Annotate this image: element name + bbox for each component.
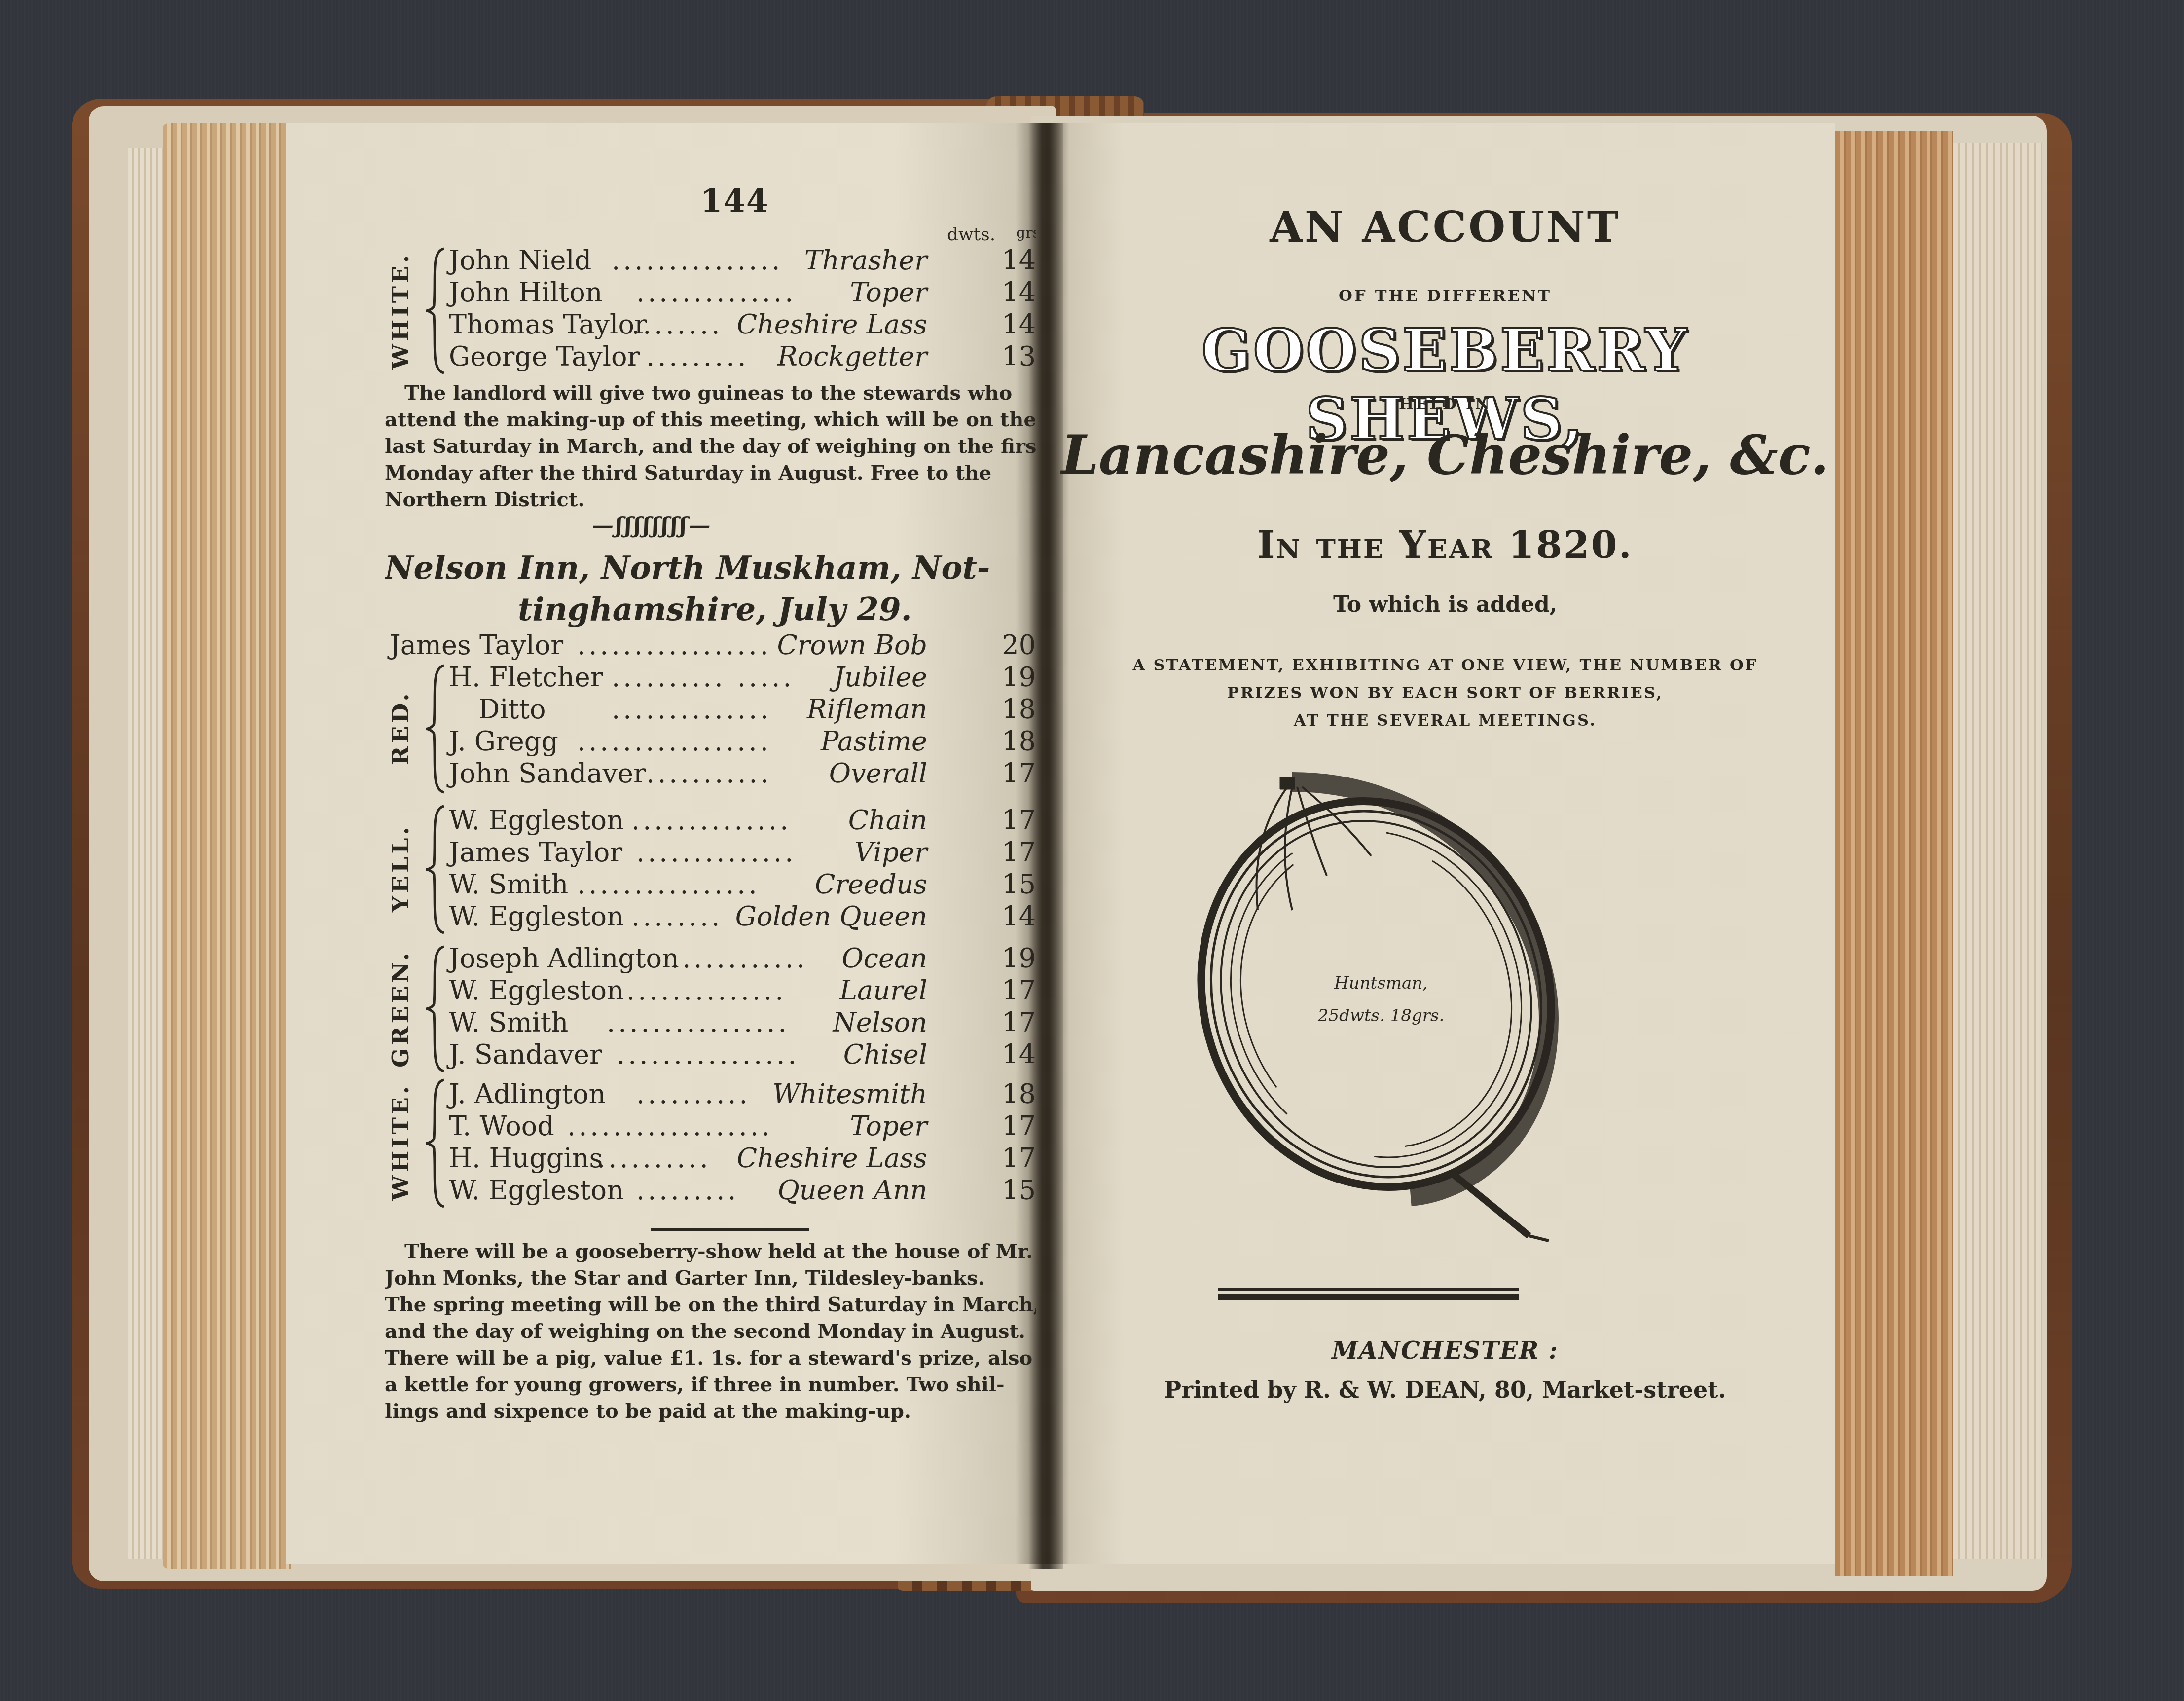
entry-row: W. Smith ................ Nelson 17 1 bbox=[449, 1006, 1036, 1039]
entry-row: W. Eggleston ......... Queen Ann 15 10 bbox=[449, 1174, 1036, 1207]
left-page-content: 144 dwts. grs. WHITE. John Nield .......… bbox=[385, 168, 1036, 1450]
page-edges-left bbox=[163, 123, 291, 1569]
grower-name: John Hilton bbox=[449, 276, 603, 309]
grower-name: Ditto bbox=[478, 693, 546, 726]
notice-paragraph-1: The landlord will give two guineas to th… bbox=[385, 380, 1036, 513]
category-label-white: WHITE. bbox=[387, 1075, 422, 1209]
divider-rule bbox=[651, 1228, 809, 1231]
entry-row: Joseph Adlington ............ Ocean 19 0 bbox=[449, 942, 1036, 975]
grower-name: Joseph Adlington bbox=[449, 942, 679, 975]
page-number: 144 bbox=[700, 183, 769, 220]
variety-name: Crown Bob bbox=[777, 629, 927, 662]
premier-entry-row: James Taylor ................. Crown Bob… bbox=[390, 629, 1036, 662]
grower-name: James Taylor bbox=[449, 836, 622, 869]
variety-name: Nelson bbox=[833, 1006, 927, 1039]
brace-icon bbox=[424, 1078, 447, 1209]
illustration-caption: Huntsman, 25dwts. 18grs. bbox=[1302, 967, 1460, 1032]
entry-row: T. Wood .................. Toper 17 5 bbox=[449, 1110, 1036, 1143]
entry-row: J. Sandaver ................ Chisel 14 1… bbox=[449, 1038, 1036, 1071]
grower-name: J. Sandaver bbox=[449, 1038, 602, 1071]
category-label-green: GREEN. bbox=[387, 945, 422, 1073]
entry-row: W. Eggleston .............. Chain 17 19 bbox=[449, 804, 1036, 837]
grower-name: Thomas Taylor bbox=[449, 308, 647, 341]
variety-name: Toper bbox=[850, 1110, 927, 1143]
imprint-city: MANCHESTER : bbox=[1060, 1337, 1830, 1365]
brace-icon bbox=[424, 664, 447, 794]
title-counties: Lancashire, Cheshire, &c. bbox=[1060, 424, 1830, 486]
variety-name: Rockgetter bbox=[777, 340, 927, 373]
entry-row: H. Huggins .......... Cheshire Lass 17 4 bbox=[449, 1142, 1036, 1175]
grower-name: W. Eggleston bbox=[449, 974, 624, 1007]
entry-row: W. Eggleston ........ Golden Queen 14 15 bbox=[449, 900, 1036, 933]
column-header-dwts: dwts. bbox=[947, 224, 995, 245]
entry-row: J. Gregg ................. Pastime 18 2 bbox=[449, 725, 1036, 758]
variety-name: Ocean bbox=[842, 942, 927, 975]
title-account: AN ACCOUNT bbox=[1060, 202, 1830, 252]
variety-name: Toper bbox=[850, 276, 927, 309]
entry-row: J. Adlington .......... Whitesmith 18 5 bbox=[449, 1078, 1036, 1110]
entry-row: John Nield ............... Thrasher 14 1… bbox=[449, 244, 1036, 277]
entry-row: John Sandaver ........... Overall 17 16 bbox=[449, 757, 1036, 790]
entry-row: W. Eggleston .............. Laurel 17 19 bbox=[449, 974, 1036, 1007]
grower-name: W. Eggleston bbox=[449, 1174, 624, 1207]
variety-name: Chain bbox=[848, 804, 927, 837]
variety-name: Laurel bbox=[839, 974, 927, 1007]
variety-name: Cheshire Lass bbox=[737, 1142, 927, 1175]
entry-row: Ditto .............. Rifleman 18 18 bbox=[449, 693, 1036, 726]
variety-name: Pastime bbox=[821, 725, 927, 758]
grower-name: W. Smith bbox=[449, 1006, 568, 1039]
subtitle-intro: To which is added, bbox=[1060, 592, 1830, 617]
entry-row: Thomas Taylor ........ Cheshire Lass 14 … bbox=[449, 308, 1036, 341]
gutter bbox=[1028, 123, 1063, 1569]
entry-row: W. Smith ................ Creedus 15 2 bbox=[449, 868, 1036, 901]
section-ornament: —ʃʃʃʃʃʃʃʃ— bbox=[592, 513, 713, 538]
variety-name: Thrasher bbox=[804, 244, 927, 277]
entry-row: James Taylor .............. Viper 17 2 bbox=[449, 836, 1036, 869]
notice-paragraph-2: There will be a gooseberry-show held at … bbox=[385, 1238, 1036, 1425]
variety-name: Golden Queen bbox=[735, 900, 927, 933]
brace-icon bbox=[424, 247, 447, 375]
grower-name: H. Fletcher bbox=[449, 661, 603, 694]
grower-name: W. Eggleston bbox=[449, 900, 624, 933]
entry-row: George Taylor ......... Rockgetter 13 16 bbox=[449, 340, 1036, 373]
grower-name: W. Eggleston bbox=[449, 804, 624, 837]
grower-name: J. Gregg bbox=[449, 725, 558, 758]
grower-name: W. Smith bbox=[449, 868, 568, 901]
page-edges-right-outer bbox=[1953, 143, 2042, 1559]
double-rule bbox=[1218, 1288, 1519, 1304]
title-year: In the Year 1820. bbox=[1060, 523, 1830, 567]
category-label-yellow: YELL. bbox=[387, 802, 422, 935]
imprint-printer: Printed by R. & W. DEAN, 80, Market-stre… bbox=[1060, 1376, 1830, 1403]
meeting-heading: Nelson Inn, North Muskham, Not- tinghams… bbox=[385, 548, 1036, 630]
subtitle-statement: A STATEMENT, EXHIBITING AT ONE VIEW, THE… bbox=[1060, 651, 1830, 734]
grower-name: George Taylor bbox=[449, 340, 640, 373]
grower-name: John Nield bbox=[449, 244, 591, 277]
variety-name: Chisel bbox=[843, 1038, 927, 1071]
variety-name: Whitesmith bbox=[772, 1078, 927, 1110]
brace-icon bbox=[424, 945, 447, 1073]
title-held-in: HELD IN bbox=[1060, 395, 1830, 413]
title-of-the-different: OF THE DIFFERENT bbox=[1060, 286, 1830, 305]
variety-name: Queen Ann bbox=[778, 1174, 927, 1207]
grower-name: T. Wood bbox=[449, 1110, 554, 1143]
entry-row: H. Fletcher .......... ..... Jubilee 19 … bbox=[449, 661, 1036, 694]
grower-name: James Taylor bbox=[390, 629, 563, 662]
variety-name: Overall bbox=[829, 757, 927, 790]
grower-name: H. Huggins bbox=[449, 1142, 603, 1175]
page-edges-right bbox=[1835, 131, 1953, 1576]
variety-name: Creedus bbox=[815, 868, 927, 901]
variety-name: Cheshire Lass bbox=[737, 308, 927, 341]
category-label-red: RED. bbox=[387, 661, 422, 794]
category-label: WHITE. bbox=[387, 242, 422, 380]
variety-name: Rifleman bbox=[807, 693, 927, 726]
entry-row: John Hilton .............. Toper 14 7 bbox=[449, 276, 1036, 309]
grower-name: John Sandaver bbox=[449, 757, 646, 790]
variety-name: Jubilee bbox=[834, 661, 927, 694]
grower-name: J. Adlington bbox=[449, 1078, 606, 1110]
brace-icon bbox=[424, 804, 447, 935]
variety-name: Viper bbox=[854, 836, 927, 869]
